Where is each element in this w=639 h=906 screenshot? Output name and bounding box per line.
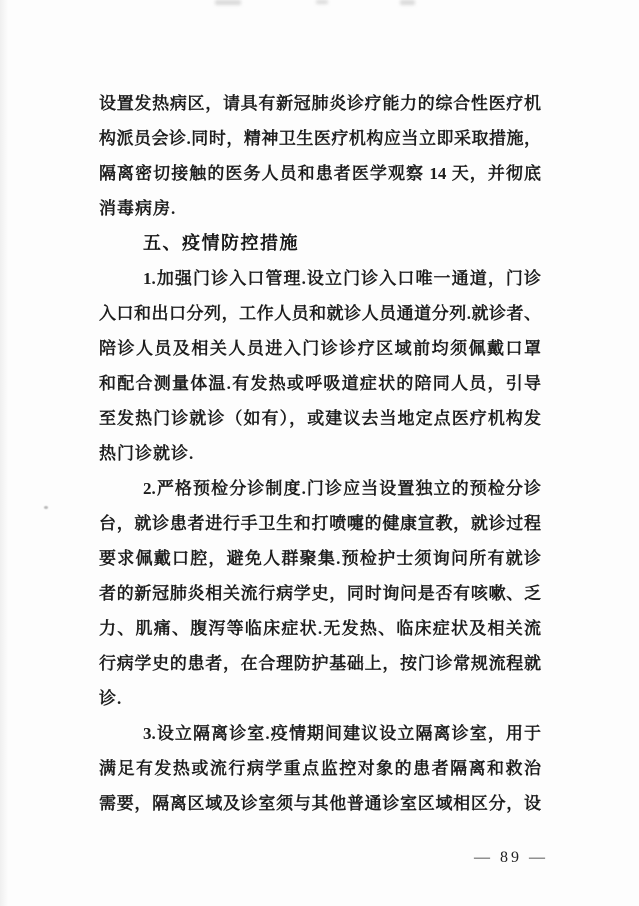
text-line: 和配合测量体温.有发热或呼吸道症状的陪同人员，引导 [99, 366, 541, 401]
text-line: 诊. [99, 681, 541, 716]
text-line: 隔离密切接触的医务人员和患者医学观察 14 天，并彻底 [99, 156, 541, 191]
text-line: 行病学史的患者，在合理防护基础上，按门诊常规流程就 [99, 646, 541, 681]
scan-artifact-smudge [400, 0, 415, 5]
section-heading: 五、疫情防控措施 [99, 226, 541, 261]
scan-edge-shading [0, 0, 8, 906]
text-line: 力、肌痛、腹泻等临床症状.无发热、临床症状及相关流 [99, 611, 541, 646]
page-number: — 89 — [474, 849, 548, 867]
text-line: 需要，隔离区域及诊室须与其他普通诊室区域相区分，设 [99, 786, 541, 821]
text-line: 热门诊就诊. [99, 436, 541, 471]
text-line: 3.设立隔离诊室.疫情期间建议设立隔离诊室，用于 [99, 716, 541, 751]
scan-artifact-smudge [215, 0, 241, 5]
text-line: 入口和出口分列，工作人员和就诊人员通道分列.就诊者、 [99, 296, 541, 331]
text-block: 设置发热病区，请具有新冠肺炎诊疗能力的综合性医疗机 构派员会诊.同时，精神卫生医… [99, 86, 541, 821]
document-page: 设置发热病区，请具有新冠肺炎诊疗能力的综合性医疗机 构派员会诊.同时，精神卫生医… [0, 0, 639, 906]
text-line: 构派员会诊.同时，精神卫生医疗机构应当立即采取措施， [99, 121, 541, 156]
scan-artifact-smudge [316, 0, 328, 4]
text-line: 台，就诊患者进行手卫生和打喷嚏的健康宣教，就诊过程 [99, 506, 541, 541]
text-line: 1.加强门诊入口管理.设立门诊入口唯一通道，门诊 [99, 261, 541, 296]
text-line: 满足有发热或流行病学重点监控对象的患者隔离和救治 [99, 751, 541, 786]
text-line: 设置发热病区，请具有新冠肺炎诊疗能力的综合性医疗机 [99, 86, 541, 121]
text-line: 至发热门诊就诊（如有），或建议去当地定点医疗机构发 [99, 401, 541, 436]
text-line: 者的新冠肺炎相关流行病学史，同时询问是否有咳嗽、乏 [99, 576, 541, 611]
text-line: 陪诊人员及相关人员进入门诊诊疗区域前均须佩戴口罩 [99, 331, 541, 366]
text-line: 消毒病房. [99, 191, 541, 226]
text-line: 要求佩戴口腔，避免人群聚集.预检护士须询问所有就诊 [99, 541, 541, 576]
scan-artifact-speck [44, 506, 48, 509]
text-line: 2.严格预检分诊制度.门诊应当设置独立的预检分诊 [99, 471, 541, 506]
